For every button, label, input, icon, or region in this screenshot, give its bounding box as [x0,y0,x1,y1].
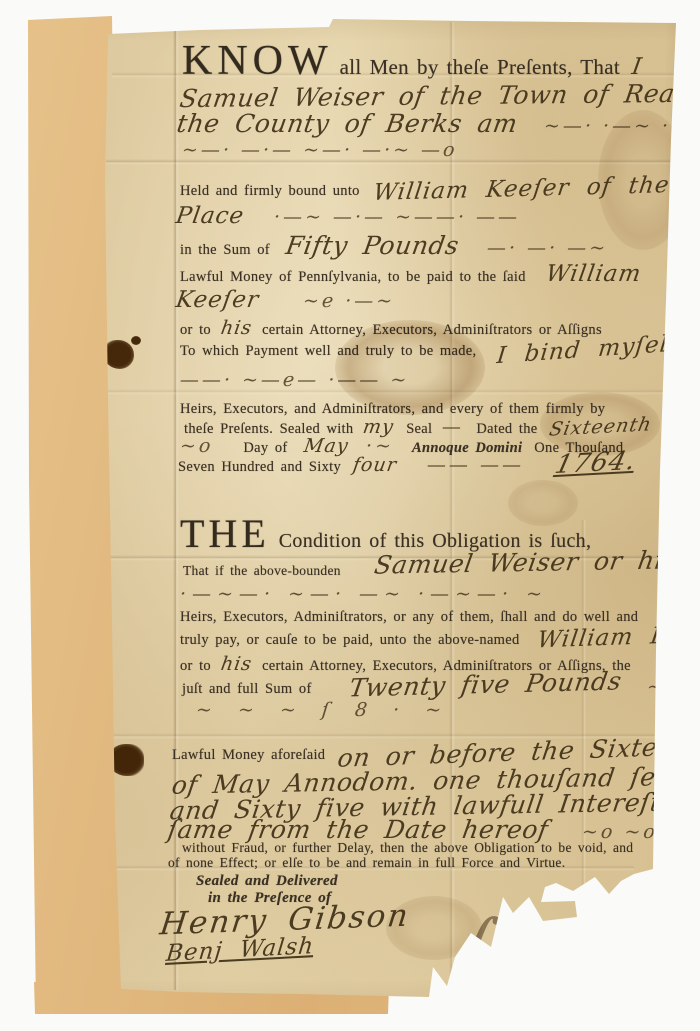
printed-above-bounden: That if the above-bounden [183,563,341,578]
obligor-county-line: the County of Berks am ~—· ·—~ ·— [177,110,693,138]
void-line-2: of none Effect; or elſe to be and remain… [168,854,565,872]
ink-flourish: —— —— [426,455,525,476]
printed-lawful-money: Lawful Money of Pennſylvania, to be paid… [180,269,526,285]
ink-flourish: ~—· ·—~ ·— [542,116,693,137]
handwritten-county: the County of Berks am [175,110,520,138]
signature-benj-walsh: Benj Walsh [165,934,316,967]
handwritten-payee-surname: Keeſer [174,288,261,313]
handwritten-condition-sum: Twenty five Pounds [347,667,623,702]
printed-heirs: Heirs, Executors, and Adminiſtrators, an… [180,401,605,417]
ink-stroke-line: ∫ [454,902,505,977]
obligor-name-line: Samuel Weiser of the Town of Reading in [180,79,700,113]
fold-crease-left [173,28,179,990]
ink-flourish: ~—· —·— ~—· —·~ —o [181,140,459,161]
printed-sum-of: in the Sum of [180,242,270,258]
flourish-line-3: ·—~—· ~—· —~ ·—~—· ~ [180,584,548,605]
handwritten-place: Place [174,204,246,229]
flourish-line-1: ~—· —·— ~—· —·~ —o [182,140,458,161]
opening-line: KNOWall Men by theſe Preſents, That I [182,38,642,84]
ink-blot-satellite [131,336,141,345]
scanned-document-page: { "colors":{"background":"#fafaf8","pape… [0,0,700,1031]
condition-heirs-line: Heirs, Executors, Adminiſtrators, or any… [180,608,638,626]
ink-blot-large [103,340,134,369]
printed-word-know: KNOW [182,38,333,84]
printed-lawful-aforesaid: Lawful Money aforeſaid [172,747,325,763]
witness-signature-2: Benj Walsh [165,934,314,967]
payee-surname-line: Keeſer ~e ·—~ [176,288,395,313]
due-date-line-1: Lawful Money aforeſaid on or before the … [172,737,700,765]
sealed-dated-line: theſe Preſents. Sealed with my Seal — Da… [184,417,651,438]
printed-void-1: without Fraud, or further Delay, then th… [182,840,633,855]
handwritten-payee-first: William [544,262,643,287]
lawful-money-line: Lawful Money of Pennſylvania, to be paid… [180,262,641,287]
sum-line: in the Sum of Fifty Pounds —· —· —~ [180,232,608,260]
ink-flourish: ~ ~ ~ ſ 8 · ~ [195,700,452,721]
printed-bound-unto: Held and firmly bound unto [180,183,360,199]
printed-sealed-delivered: Sealed and Delivered [196,873,338,889]
bounden-line: That if the above-bounden Samuel Weiser … [183,553,676,581]
ink-flourish: ~e ·—~ [302,291,396,312]
ink-flourish: ~o [179,436,215,457]
printed-dated-the: Dated the [476,421,537,437]
sealed-delivered-line: Sealed and Delivered [196,872,338,890]
handwritten-year-numeral: 1764. [552,447,639,480]
handwritten-obligor-name: Samuel Weiser of the Town of Reading in [178,79,700,113]
ink-flourish-stroke: ∫ [451,903,509,976]
ink-flourish: ·—~ —·— ~——· —— [273,207,521,228]
place-line: Place ·—~ —·— ~——· —— [176,204,520,229]
handwritten-sum: Fifty Pounds [284,232,461,260]
payment-line: To which Payment well and truly to be ma… [180,336,700,361]
printed-condition-heirs: Heirs, Executors, Adminiſtrators, or any… [180,609,638,625]
handwritten-obligee: William Keeſer of the ſame [371,171,700,206]
ink-flourish: ~—·—— [646,677,700,698]
handwritten-year-word: four [351,455,398,476]
bound-unto-line: Held and firmly bound unto William Keeſe… [180,176,700,201]
ink-flourish: ·—~—· ~—· —~ ·—~—· ~ [179,584,549,605]
handwritten-payee-name: William Keeſer [535,622,700,654]
ink-flourish: ——· ~—e— ·—— ~ [179,370,410,391]
printed-void-2: of none Effect; or elſe to be and remain… [168,855,565,870]
printed-day-of: Day of [243,440,287,456]
printed-year-words: Seven Hundred and Sixty [178,459,341,475]
printed-word-the: THE [180,511,270,556]
printed-full-sum: juſt and full Sum of [182,681,312,697]
ink-dash: — [441,417,465,438]
flourish-line-2: ——· ~—e— ·—— ~ [180,370,409,391]
handwritten-month: May [302,436,350,457]
full-sum-line: juſt and full Sum of Twenty five Pounds … [182,671,700,699]
handwritten-bounden-name: Samuel Weiser or his [372,546,679,579]
printed-seal: Seal [406,421,432,437]
printed-truly-pay: truly pay, or cauſe to be paid, unto the… [180,632,520,648]
printed-payment: To which Payment well and truly to be ma… [180,343,476,359]
handwritten-i: I [630,55,644,80]
year-line: Seven Hundred and Sixty four —— —— 1764. [178,455,524,476]
flourish-line-4: ~ ~ ~ ſ 8 · ~ [196,700,451,721]
printed-opening: all Men by theſe Preſents, That [340,55,620,79]
truly-pay-line: truly pay, or cauſe to be paid, unto the… [180,625,700,650]
ink-flourish: —· —· —~ [486,238,609,259]
